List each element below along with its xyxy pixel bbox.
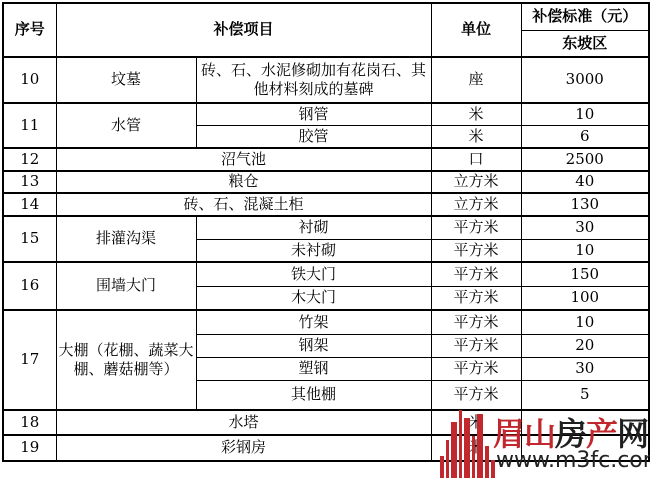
cell-subitem-17d: 其他棚	[196, 380, 431, 410]
header-unit: 单位	[431, 3, 521, 57]
compensation-table-page: 序号 补偿项目 单位 补偿标准（元） 东坡区 10 坟墓 砖、石、水泥修砌加有花…	[0, 0, 650, 479]
table-row: 19 彩钢房 米	[3, 435, 649, 461]
cell-serial-11: 11	[3, 103, 56, 148]
cell-unit-17b: 平方米	[431, 334, 521, 357]
table-row: 13 粮仓 立方米 40	[3, 171, 649, 193]
cell-subitem-15b: 未衬砌	[196, 239, 431, 262]
cell-unit-11b: 米	[431, 125, 521, 148]
cell-item-15: 排灌沟渠	[56, 216, 196, 262]
header-item: 补偿项目	[56, 3, 431, 57]
cell-value-17c: 30	[521, 357, 649, 380]
cell-unit-13: 立方米	[431, 171, 521, 193]
cell-subitem-11a: 钢管	[196, 103, 431, 125]
cell-item-11: 水管	[56, 103, 196, 148]
cell-subitem-11b: 胶管	[196, 125, 431, 148]
cell-item-16: 围墙大门	[56, 262, 196, 310]
cell-item-14: 砖、石、混凝土柜	[56, 193, 431, 216]
cell-serial-19: 19	[3, 435, 56, 461]
cell-unit-15a: 平方米	[431, 216, 521, 239]
cell-subitem-17a: 竹架	[196, 310, 431, 334]
cell-value-14: 130	[521, 193, 649, 216]
cell-unit-17d: 平方米	[431, 380, 521, 410]
table-row: 14 砖、石、混凝土柜 立方米 130	[3, 193, 649, 216]
cell-serial-17: 17	[3, 310, 56, 410]
cell-subitem-15a: 衬砌	[196, 216, 431, 239]
cell-serial-16: 16	[3, 262, 56, 310]
header-region: 东坡区	[521, 30, 649, 57]
cell-subitem-16a: 铁大门	[196, 262, 431, 286]
table-row: 16 围墙大门 铁大门 平方米 150	[3, 262, 649, 286]
cell-unit-17c: 平方米	[431, 357, 521, 380]
cell-value-19	[521, 435, 649, 461]
cell-unit-14: 立方米	[431, 193, 521, 216]
cell-unit-11a: 米	[431, 103, 521, 125]
cell-subitem-16b: 木大门	[196, 286, 431, 310]
cell-subitem-17b: 钢架	[196, 334, 431, 357]
table-row: 17 大棚（花棚、蔬菜大棚、蘑菇棚等） 竹架 平方米 10	[3, 310, 649, 334]
cell-value-18	[521, 410, 649, 435]
cell-item-18: 水塔	[56, 410, 431, 435]
table-row: 10 坟墓 砖、石、水泥修砌加有花岗石、其他材料刻成的墓碑 座 3000	[3, 57, 649, 103]
cell-value-13: 40	[521, 171, 649, 193]
cell-unit-12: 口	[431, 148, 521, 171]
table-row: 18 水塔 米	[3, 410, 649, 435]
cell-value-17a: 10	[521, 310, 649, 334]
cell-serial-15: 15	[3, 216, 56, 262]
cell-subitem-10: 砖、石、水泥修砌加有花岗石、其他材料刻成的墓碑	[196, 57, 431, 103]
cell-serial-18: 18	[3, 410, 56, 435]
cell-value-17b: 20	[521, 334, 649, 357]
cell-serial-10: 10	[3, 57, 56, 103]
header-serial: 序号	[3, 3, 56, 57]
table-row: 11 水管 钢管 米 10	[3, 103, 649, 125]
table-row: 12 沼气池 口 2500	[3, 148, 649, 171]
cell-subitem-17c: 塑钢	[196, 357, 431, 380]
cell-item-12: 沼气池	[56, 148, 431, 171]
cell-serial-12: 12	[3, 148, 56, 171]
cell-unit-10: 座	[431, 57, 521, 103]
cell-item-19: 彩钢房	[56, 435, 431, 461]
cell-unit-17a: 平方米	[431, 310, 521, 334]
cell-value-11b: 6	[521, 125, 649, 148]
cell-value-15b: 10	[521, 239, 649, 262]
cell-serial-13: 13	[3, 171, 56, 193]
cell-unit-16a: 平方米	[431, 262, 521, 286]
header-standard: 补偿标准（元）	[521, 3, 649, 30]
cell-value-10: 3000	[521, 57, 649, 103]
cell-unit-19: 米	[431, 435, 521, 461]
cell-value-11a: 10	[521, 103, 649, 125]
cell-unit-15b: 平方米	[431, 239, 521, 262]
cell-value-17d: 5	[521, 380, 649, 410]
table-row: 15 排灌沟渠 衬砌 平方米 30	[3, 216, 649, 239]
cell-value-16a: 150	[521, 262, 649, 286]
cell-unit-16b: 平方米	[431, 286, 521, 310]
cell-value-16b: 100	[521, 286, 649, 310]
cell-serial-14: 14	[3, 193, 56, 216]
cell-item-10: 坟墓	[56, 57, 196, 103]
cell-item-13: 粮仓	[56, 171, 431, 193]
cell-unit-18: 米	[431, 410, 521, 435]
cell-value-12: 2500	[521, 148, 649, 171]
compensation-table: 序号 补偿项目 单位 补偿标准（元） 东坡区 10 坟墓 砖、石、水泥修砌加有花…	[2, 2, 650, 462]
cell-item-17: 大棚（花棚、蔬菜大棚、蘑菇棚等）	[56, 310, 196, 410]
cell-value-15a: 30	[521, 216, 649, 239]
